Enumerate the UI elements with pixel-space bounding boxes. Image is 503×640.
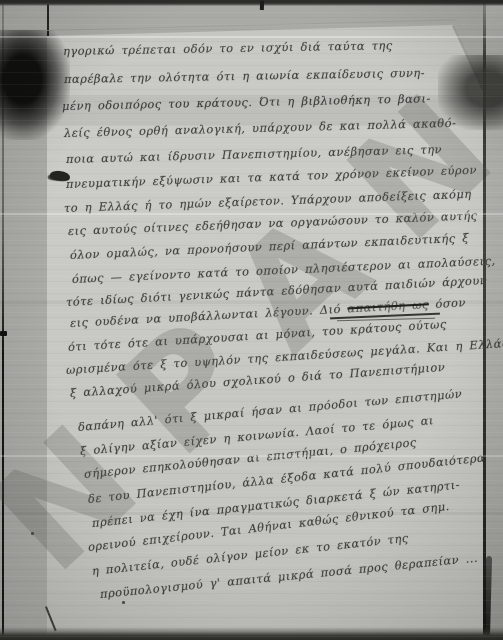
manuscript-line: ποια αυτώ και ίδρυσιν Πανεπιστημίου, ανέ…: [66, 142, 442, 166]
manuscript-line: μένη οδοιπόρος του κράτους. Ότι η βιβλιο…: [62, 91, 431, 113]
scanned-manuscript-photo: ηγορικώ τρέπεται οδόν το εν ισχύι διά τα…: [0, 0, 503, 640]
photo-bottom-edge: [0, 627, 503, 640]
manuscript-line: παρέβαλε την ολότητα ότι η αιωνία εκπαίδ…: [64, 66, 425, 86]
ink-dot: [31, 532, 34, 535]
ink-dot: [122, 601, 125, 604]
manuscript-line: ηγορικώ τρέπεται οδόν το εν ισχύι διά τα…: [63, 38, 393, 58]
manuscript-line-text: όσον: [428, 295, 466, 311]
manuscript-text: ηγορικώ τρέπεται οδόν το εν ισχύι διά τα…: [0, 0, 503, 640]
manuscript-line: πνευματικήν εξύψωσιν και τα κατά τον χρό…: [66, 163, 477, 191]
paper-right-edge-line: [483, 0, 486, 640]
manuscript-line: λείς έθνος ορθή αναλογική, υπάρχουν δε κ…: [64, 116, 457, 140]
